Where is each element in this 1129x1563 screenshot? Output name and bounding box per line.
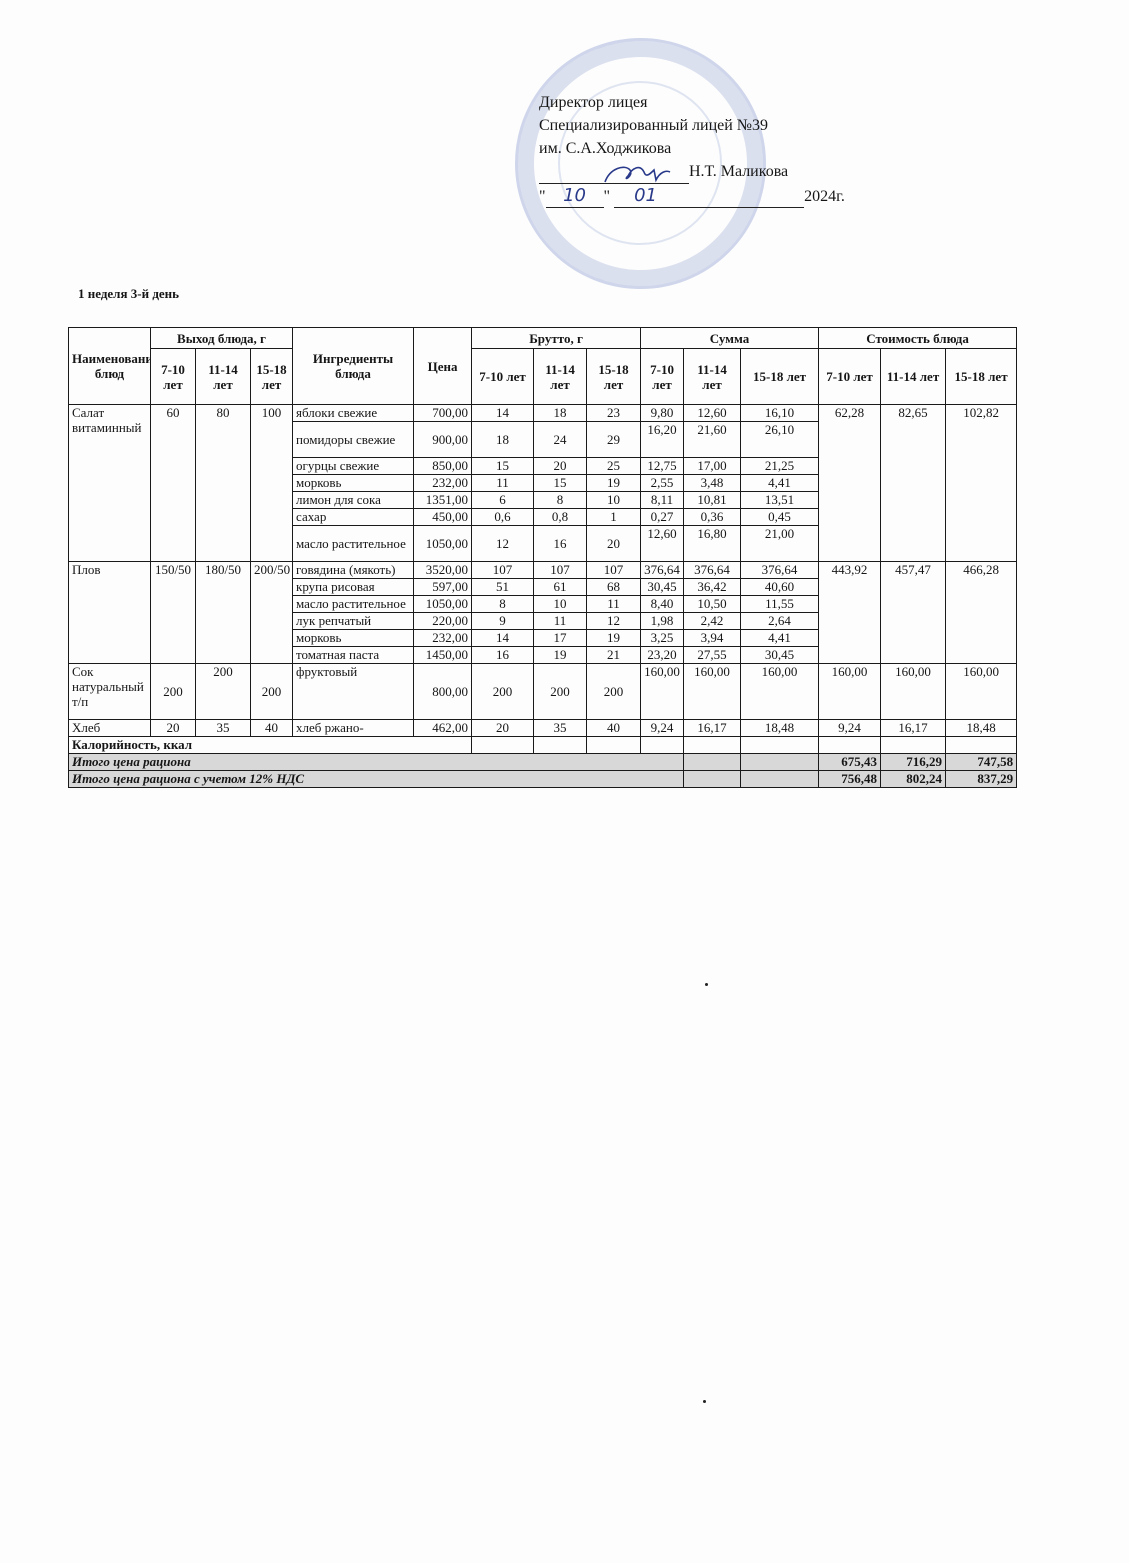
dish-yield: 40 [251,720,293,737]
ingredient-sum: 30,45 [641,579,684,596]
ingredient-name: масло растительное [293,596,414,613]
dish-yield: 35 [196,720,251,737]
ingredient-sum: 2,55 [641,475,684,492]
ingredient-brutto: 0,6 [472,509,534,526]
ingredient-sum: 23,20 [641,647,684,664]
ingredient-brutto: 12 [472,526,534,562]
ingredient-brutto: 11 [534,613,587,630]
dish-yield: 200 [151,664,196,720]
ingredient-brutto: 18 [472,422,534,458]
ingredient-brutto: 16 [534,526,587,562]
ingredient-brutto: 8 [534,492,587,509]
ingredient-brutto: 15 [534,475,587,492]
dish-cost: 102,82 [946,405,1017,562]
ingredient-price: 900,00 [414,422,472,458]
ingredient-name: лук репчатый [293,613,414,630]
header-brutto: Брутто, г [472,328,641,349]
ingredient-brutto: 19 [534,647,587,664]
ingredient-price: 1050,00 [414,526,472,562]
ingredient-sum: 10,81 [684,492,741,509]
header-age-2: 15-18 лет [587,349,641,405]
ingredient-sum: 16,10 [741,405,819,422]
total-vat-row-blank [684,771,741,788]
dish-cost: 160,00 [946,664,1017,720]
ingredient-row: Сок натуральный т/п200200200фруктовый800… [69,664,1017,720]
ingredient-price: 1050,00 [414,596,472,613]
ingredient-price: 232,00 [414,630,472,647]
dish-name: Салат витаминный [69,405,151,562]
ingredient-brutto: 10 [534,596,587,613]
ingredient-price: 850,00 [414,458,472,475]
calories-value [684,737,741,754]
dish-yield: 100 [251,405,293,562]
ingredient-sum: 12,75 [641,458,684,475]
ingredient-name: масло растительное [293,526,414,562]
total-vat-row-value: 756,48 [819,771,881,788]
ingredient-brutto: 61 [534,579,587,596]
ingredient-name: лимон для сока [293,492,414,509]
total-row-blank [741,754,819,771]
scan-speck [705,983,708,986]
ingredient-sum: 30,45 [741,647,819,664]
calories-value [587,737,641,754]
approval-named-after: им. С.А.Ходжикова [539,137,845,160]
total-row-value: 675,43 [819,754,881,771]
ingredient-sum: 4,41 [741,630,819,647]
ingredient-brutto: 24 [534,422,587,458]
ingredient-brutto: 18 [534,405,587,422]
header-price: Цена [414,328,472,405]
ingredient-brutto: 20 [534,458,587,475]
header-age-0: 7-10 лет [151,349,196,405]
ingredient-price: 450,00 [414,509,472,526]
ingredient-sum: 11,55 [741,596,819,613]
ingredient-brutto: 6 [472,492,534,509]
ingredient-brutto: 11 [587,596,641,613]
ingredient-brutto: 21 [587,647,641,664]
ingredient-brutto: 8 [472,596,534,613]
ingredient-name: морковь [293,475,414,492]
ingredient-brutto: 0,8 [534,509,587,526]
ingredient-name: фруктовый [293,664,414,720]
ingredient-name: огурцы свежие [293,458,414,475]
header-age-2: 15-18 лет [741,349,819,405]
ingredient-sum: 8,11 [641,492,684,509]
dish-yield: 20 [151,720,196,737]
ingredient-sum: 160,00 [741,664,819,720]
dish-cost: 62,28 [819,405,881,562]
ingredient-name: помидоры свежие [293,422,414,458]
total-row-value: 747,58 [946,754,1017,771]
ingredient-name: сахар [293,509,414,526]
ingredient-sum: 0,36 [684,509,741,526]
ingredient-brutto: 15 [472,458,534,475]
total-vat-row-value: 802,24 [881,771,946,788]
total-row-value: 716,29 [881,754,946,771]
approval-block: Директор лицея Специализированный лицей … [539,91,845,208]
calories-value [819,737,881,754]
dish-name: Сок натуральный т/п [69,664,151,720]
ingredient-name: томатная паста [293,647,414,664]
dish-yield: 200 [196,664,251,720]
ingredient-sum: 12,60 [684,405,741,422]
ingredient-sum: 21,25 [741,458,819,475]
ingredient-price: 1351,00 [414,492,472,509]
ingredient-sum: 376,64 [684,562,741,579]
ingredient-brutto: 10 [587,492,641,509]
dish-cost: 9,24 [819,720,881,737]
ingredient-sum: 16,80 [684,526,741,562]
ingredient-brutto: 14 [472,630,534,647]
ingredient-brutto: 107 [587,562,641,579]
ingredient-name: хлеб ржано- [293,720,414,737]
ingredient-sum: 3,48 [684,475,741,492]
ingredient-brutto: 68 [587,579,641,596]
calories-value [741,737,819,754]
calories-value [946,737,1017,754]
date-year: 2024г. [804,188,845,205]
ingredient-name: крупа рисовая [293,579,414,596]
ingredient-brutto: 17 [534,630,587,647]
ingredient-sum: 27,55 [684,647,741,664]
ingredient-name: говядина (мякоть) [293,562,414,579]
ingredient-brutto: 20 [587,526,641,562]
calories-value [641,737,684,754]
dish-yield: 80 [196,405,251,562]
ingredient-brutto: 19 [587,630,641,647]
header-age-2: 15-18 лет [251,349,293,405]
menu-cost-table: Наименование блюдВыход блюда, гИнгредиен… [68,327,1017,788]
ingredient-price: 232,00 [414,475,472,492]
dish-cost: 82,65 [881,405,946,562]
header-dish-name: Наименование блюд [69,328,151,405]
scan-speck [703,1400,706,1403]
ingredient-brutto: 200 [472,664,534,720]
header-age-2: 15-18 лет [946,349,1017,405]
ingredient-sum: 36,42 [684,579,741,596]
ingredient-price: 1450,00 [414,647,472,664]
ingredient-price: 3520,00 [414,562,472,579]
ingredient-sum: 12,60 [641,526,684,562]
ingredient-row: Плов150/50180/50200/50говядина (мякоть)3… [69,562,1017,579]
ingredient-sum: 40,60 [741,579,819,596]
ingredient-sum: 18,48 [741,720,819,737]
ingredient-sum: 2,42 [684,613,741,630]
calories-label: Калорийность, ккал [69,737,472,754]
header-yield: Выход блюда, г [151,328,293,349]
ingredient-row: Хлеб203540хлеб ржано-462,002035409,2416,… [69,720,1017,737]
header-age-0: 7-10 лет [641,349,684,405]
calories-value [534,737,587,754]
ingredient-sum: 0,27 [641,509,684,526]
ingredient-brutto: 200 [534,664,587,720]
ingredient-brutto: 11 [472,475,534,492]
header-age-0: 7-10 лет [819,349,881,405]
total-vat-row-label: Итого цена рациона с учетом 12% НДС [69,771,684,788]
handwritten-signature [600,158,680,188]
ingredient-name: яблоки свежие [293,405,414,422]
header-cost: Стоимость блюда [819,328,1017,349]
total-row: Итого цена рациона675,43716,29747,58 [69,754,1017,771]
ingredient-brutto: 20 [472,720,534,737]
ingredient-sum: 8,40 [641,596,684,613]
ingredient-brutto: 51 [472,579,534,596]
dish-yield: 180/50 [196,562,251,664]
ingredient-sum: 376,64 [641,562,684,579]
ingredient-brutto: 107 [472,562,534,579]
header-age-1: 11-14 лет [881,349,946,405]
total-vat-row-blank [741,771,819,788]
ingredient-brutto: 35 [534,720,587,737]
dish-cost: 160,00 [819,664,881,720]
ingredient-sum: 16,17 [684,720,741,737]
date-day: 10 [546,184,604,208]
approval-date-line: "10" 012024г. [539,184,845,208]
dish-yield: 60 [151,405,196,562]
dish-cost: 16,17 [881,720,946,737]
ingredient-brutto: 200 [587,664,641,720]
ingredient-brutto: 14 [472,405,534,422]
ingredient-sum: 10,50 [684,596,741,613]
calories-value [472,737,534,754]
dish-yield: 200 [251,664,293,720]
ingredient-sum: 3,94 [684,630,741,647]
ingredient-sum: 376,64 [741,562,819,579]
ingredient-sum: 160,00 [641,664,684,720]
header-age-1: 11-14 лет [534,349,587,405]
ingredient-name: морковь [293,630,414,647]
header-age-1: 11-14 лет [684,349,741,405]
dish-name: Хлеб [69,720,151,737]
ingredient-sum: 17,00 [684,458,741,475]
total-vat-row-value: 837,29 [946,771,1017,788]
ingredient-sum: 26,10 [741,422,819,458]
ingredient-sum: 21,00 [741,526,819,562]
ingredient-brutto: 29 [587,422,641,458]
ingredient-sum: 4,41 [741,475,819,492]
dish-yield: 200/50 [251,562,293,664]
approval-school: Специализированный лицей №39 [539,114,845,137]
dish-yield: 150/50 [151,562,196,664]
header-age-1: 11-14 лет [196,349,251,405]
approval-title: Директор лицея [539,91,845,114]
calories-value [881,737,946,754]
dish-cost: 18,48 [946,720,1017,737]
ingredient-sum: 3,25 [641,630,684,647]
ingredient-price: 597,00 [414,579,472,596]
dish-cost: 443,92 [819,562,881,664]
ingredient-price: 700,00 [414,405,472,422]
ingredient-sum: 9,24 [641,720,684,737]
ingredient-sum: 13,51 [741,492,819,509]
ingredient-brutto: 40 [587,720,641,737]
ingredient-brutto: 12 [587,613,641,630]
ingredient-brutto: 107 [534,562,587,579]
ingredient-sum: 160,00 [684,664,741,720]
approval-signature-line: Н.Т. Маликова [539,160,845,184]
ingredient-sum: 9,80 [641,405,684,422]
ingredient-brutto: 9 [472,613,534,630]
dish-cost: 466,28 [946,562,1017,664]
ingredient-sum: 1,98 [641,613,684,630]
ingredient-brutto: 23 [587,405,641,422]
dish-name: Плов [69,562,151,664]
ingredient-brutto: 16 [472,647,534,664]
dish-cost: 457,47 [881,562,946,664]
ingredient-brutto: 19 [587,475,641,492]
ingredient-price: 462,00 [414,720,472,737]
ingredient-price: 800,00 [414,664,472,720]
header-sum: Сумма [641,328,819,349]
ingredient-brutto: 25 [587,458,641,475]
approval-signatory: Н.Т. Маликова [689,163,788,180]
header-ingredients: Ингредиенты блюда [293,328,414,405]
dish-cost: 160,00 [881,664,946,720]
total-row-label: Итого цена рациона [69,754,684,771]
ingredient-price: 220,00 [414,613,472,630]
total-vat-row: Итого цена рациона с учетом 12% НДС756,4… [69,771,1017,788]
ingredient-brutto: 1 [587,509,641,526]
ingredient-row: Салат витаминный6080100яблоки свежие700,… [69,405,1017,422]
ingredient-sum: 16,20 [641,422,684,458]
ingredient-sum: 2,64 [741,613,819,630]
total-row-blank [684,754,741,771]
header-age-0: 7-10 лет [472,349,534,405]
ingredient-sum: 0,45 [741,509,819,526]
ingredient-sum: 21,60 [684,422,741,458]
menu-day-title: 1 неделя 3-й день [78,286,179,302]
